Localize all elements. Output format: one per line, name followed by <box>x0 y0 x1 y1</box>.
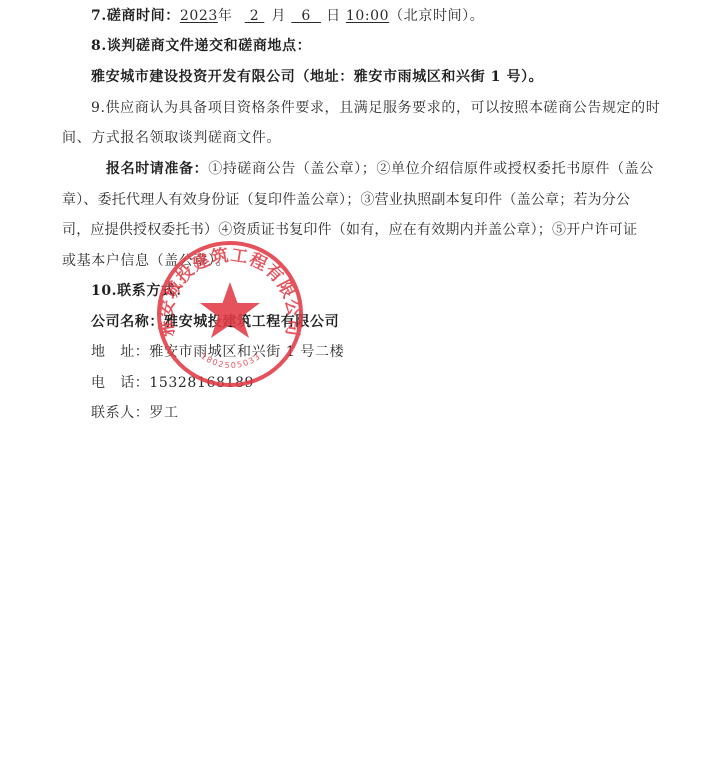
timezone-suffix: （北京时间）。 <box>389 8 484 24</box>
time-value: 10:00 <box>346 8 389 24</box>
day-unit: 日 <box>326 8 341 24</box>
contact-value: 罗工 <box>149 405 178 421</box>
month-value: 2 <box>238 6 272 26</box>
item-9-text: 9.供应商认为具备项目资格条件要求，且满足服务要求的，可以按照本磋商公告规定的时 <box>91 100 660 116</box>
phone-label: 电 话： <box>91 375 149 391</box>
contact-label: 联系人： <box>91 405 149 421</box>
address-value: 雅安市雨城区和兴街 1 号二楼 <box>149 344 344 360</box>
registration-line-4: 或基本户信息（盖公章）。 <box>62 251 658 271</box>
item-7-label: 7.磋商时间： <box>91 8 180 24</box>
item-9-line-2: 间、方式报名领取谈判磋商文件。 <box>62 128 658 148</box>
year-unit: 年 <box>218 8 233 24</box>
day-value: 6 <box>286 6 326 26</box>
item-7-negotiation-time: 7.磋商时间：2023年 2 月 6 日 10:00（北京时间）。 <box>91 6 687 26</box>
registration-line-2: 章）、委托代理人有效身份证（复印件盖公章）；③营业执照副本复印件（盖公章；若为分… <box>62 190 658 210</box>
phone-row: 电 话：15328168189 <box>91 373 687 393</box>
registration-label: 报名时请准备： <box>106 161 208 177</box>
company-label: 公司名称： <box>91 314 164 330</box>
contact-row: 联系人：罗工 <box>91 403 687 423</box>
registration-text: ①持磋商公告（盖公章）；②单位介绍信原件或授权委托书原件（盖公 <box>208 161 654 177</box>
registration-line-1: 报名时请准备：①持磋商公告（盖公章）；②单位介绍信原件或授权委托书原件（盖公 <box>106 159 658 179</box>
year-value: 2023 <box>180 8 218 24</box>
phone-value: 15328168189 <box>149 375 254 391</box>
address-row: 地 址：雅安市雨城区和兴街 1 号二楼 <box>91 342 687 362</box>
company-name-row: 公司名称：雅安城投建筑工程有限公司 <box>91 312 687 332</box>
registration-line-3: 司，应提供授权委托书）④资质证书复印件（如有，应在有效期内并盖公章）；⑤开户许可… <box>62 220 658 240</box>
company-name: 雅安城投建筑工程有限公司 <box>164 314 339 330</box>
document-page: 7.磋商时间：2023年 2 月 6 日 10:00（北京时间）。 8.谈判磋商… <box>0 0 717 772</box>
address-label: 地 址： <box>91 344 149 360</box>
item-10-label: 10.联系方式： <box>91 281 687 301</box>
month-unit: 月 <box>272 8 287 24</box>
item-8-label: 8.谈判磋商文件递交和磋商地点： <box>91 36 687 56</box>
item-9-line-1: 9.供应商认为具备项目资格条件要求，且满足服务要求的，可以按照本磋商公告规定的时 <box>91 98 658 118</box>
item-8-location: 雅安城市建设投资开发有限公司（地址：雅安市雨城区和兴街 1 号）。 <box>91 67 687 87</box>
